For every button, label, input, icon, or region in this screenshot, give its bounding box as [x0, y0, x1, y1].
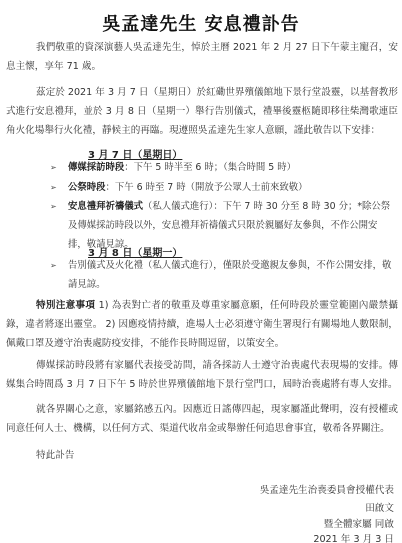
- item-text: 告別儀式及火化禮（私人儀式進行），僅限於受邀親友參與，不作公開安排，敬請見諒。: [68, 260, 391, 290]
- item-label: 安息禮拜祈禱儀式: [68, 201, 143, 212]
- media-paragraph: 傳媒採訪時段將有家屬代表接受訪問，請各採訪人士遵守治喪處代表現場的安排。傳媒集合…: [6, 356, 398, 394]
- thanks-paragraph: 就各界關心之意，家屬銘感五內。因應近日謠傳四起，現家屬謹此聲明，沒有授權或同意任…: [6, 400, 398, 438]
- item-label: 公祭時段: [68, 182, 106, 193]
- item-text: ：下午 5 時半至 6 時；（集合時間 5 時）: [124, 162, 296, 173]
- schedule-item-public: ➢ 公祭時段：下午 6 時至 7 時（開放予公眾人士前來致敬）: [68, 178, 394, 197]
- item-text: ：下午 6 時至 7 時（開放予公眾人士前來致敬）: [106, 182, 308, 193]
- arrangement-paragraph: 茲定於 2021 年 3 月 7 日（星期日）於紅磡世界殯儀館地下景行堂設靈，以…: [6, 83, 398, 140]
- arrow-bullet-icon: ➢: [50, 158, 57, 177]
- signature-family: 暨全體家屬 同啟: [324, 516, 394, 530]
- arrow-bullet-icon: ➢: [50, 178, 57, 197]
- notice-paragraph: 特別注意事項 1) 為表對亡者的敬重及尊重家屬意願，任何時段於靈堂範圍內嚴禁攝錄…: [6, 296, 398, 353]
- item-label: 傳媒採訪時段: [68, 162, 124, 173]
- arrow-bullet-icon: ➢: [50, 197, 57, 216]
- signature-representative: 田啟文: [365, 500, 394, 514]
- closing-text: 特此訃告: [36, 447, 74, 461]
- schedule-item-media: ➢ 傳媒採訪時段：下午 5 時半至 6 時；（集合時間 5 時）: [68, 158, 394, 177]
- intro-paragraph: 我們敬重的資深演藝人吳孟達先生，悼於主曆 2021 年 2 月 27 日下午蒙主…: [6, 38, 398, 76]
- arrow-bullet-icon: ➢: [50, 256, 57, 275]
- notice-label: 特別注意事項: [36, 300, 95, 311]
- signature-committee: 吳孟達先生治喪委員會授權代表: [260, 482, 394, 496]
- signature-date: 2021 年 3 月 3 日: [313, 531, 394, 543]
- page-title: 吳孟達先生 安息禮訃告: [0, 10, 402, 36]
- schedule-item-farewell: ➢ 告別儀式及火化禮（私人儀式進行），僅限於受邀親友參與，不作公開安排，敬請見諒…: [68, 256, 394, 294]
